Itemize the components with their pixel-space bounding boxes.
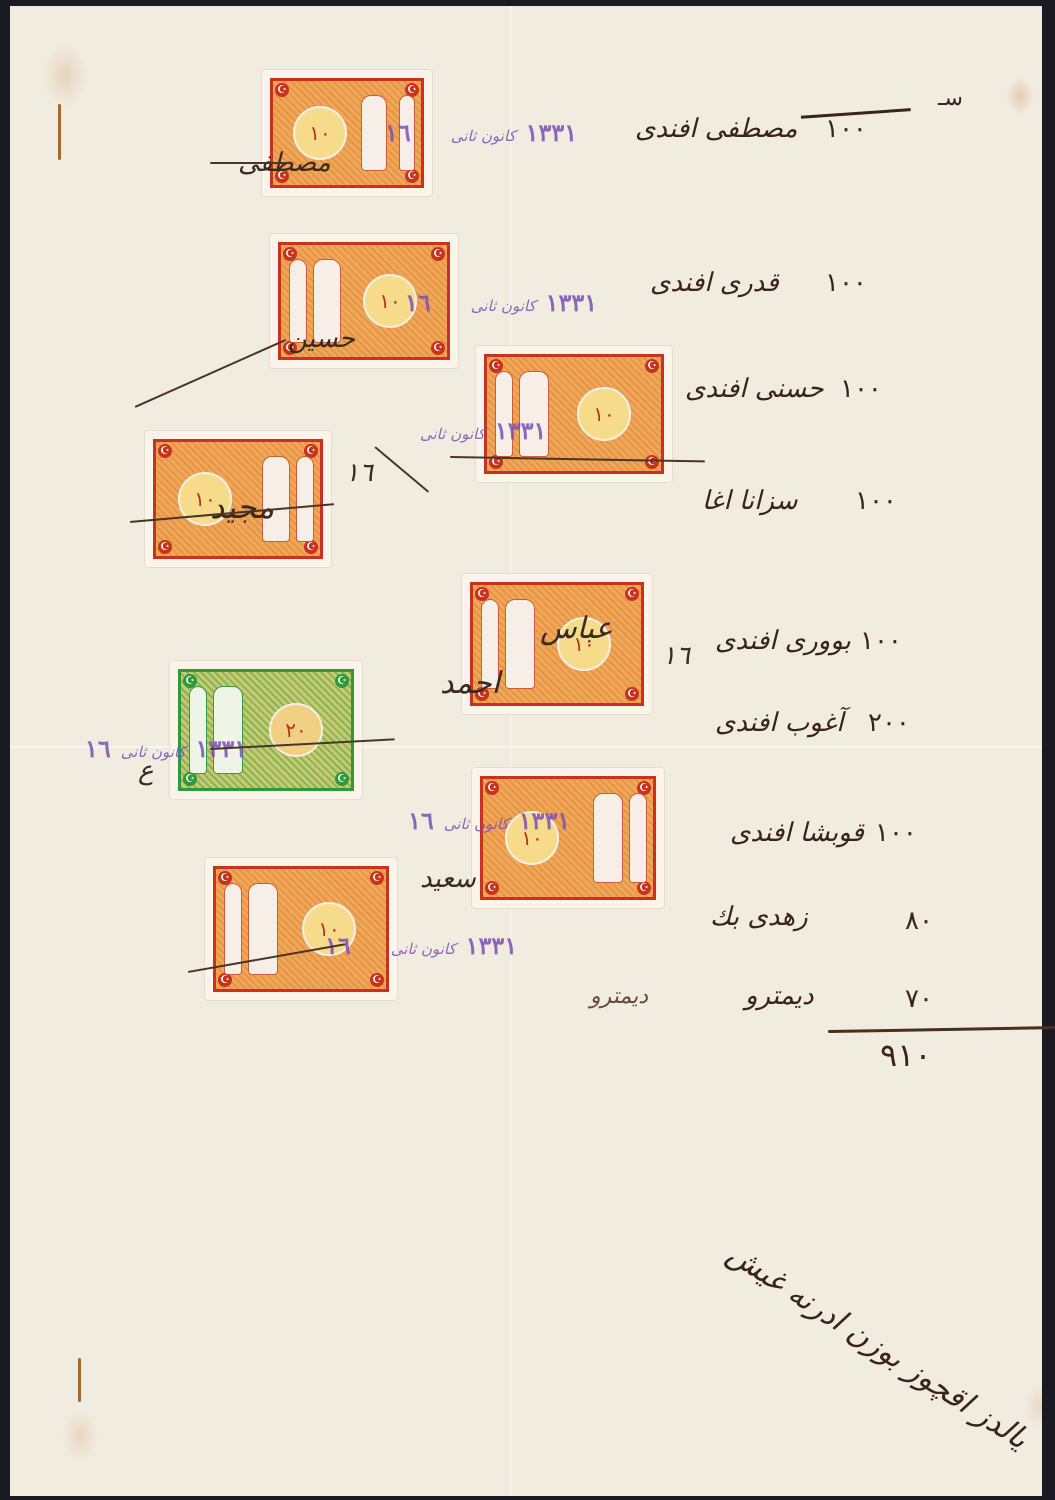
ditto-note: ديمترو: [590, 984, 648, 1009]
cancel-year: ١٣٣١: [519, 806, 571, 835]
entry-name: بوورى افندى: [715, 626, 851, 656]
entry-amount: ٢٠٠: [868, 708, 910, 738]
denomination: ١٠: [309, 121, 330, 145]
crescent-icon: ☪: [335, 772, 349, 786]
document-page: سـ ١٠٠ مصطفى افندى ١٠٠ قدرى افندى ١٠٠ حس…: [10, 6, 1042, 1496]
handwritten-mark: ١٦: [345, 458, 373, 488]
entry-name: سزانا اغا: [702, 486, 798, 516]
cancel-day: ١٦: [405, 288, 431, 317]
crescent-icon: ☪: [158, 444, 172, 458]
text-panel: [629, 793, 647, 883]
crescent-icon: ☪: [485, 781, 499, 795]
handwritten-signature: مجيد: [210, 488, 274, 526]
crescent-icon: ☪: [405, 169, 419, 183]
crescent-icon: ☪: [370, 973, 384, 987]
entry-name: ديمترو: [745, 981, 814, 1011]
cancellation-date-stamp: ١٣٣١كانون ثانى١٦: [325, 931, 517, 960]
denomination: ١٠: [379, 289, 400, 313]
cancel-year: ١٣٣١: [495, 416, 547, 445]
crescent-icon: ☪: [218, 973, 232, 987]
crescent-icon: ☪: [431, 247, 445, 261]
entry-name: آغوب افندى: [715, 708, 844, 738]
entry-amount: ١٠٠: [825, 268, 867, 298]
cancel-month: كانون ثانى: [391, 940, 456, 958]
crescent-icon: ☪: [637, 881, 651, 895]
cancel-day: ١٦: [385, 118, 411, 147]
crescent-icon: ☪: [431, 341, 445, 355]
crescent-icon: ☪: [304, 540, 318, 554]
fold-crease: [510, 6, 512, 1496]
revenue-stamp-green: ☪ ☪ ☪ ☪ ٢٠: [170, 661, 362, 799]
handwritten-signature: حسين: [288, 324, 355, 354]
cancel-year: ١٣٣١: [526, 118, 578, 147]
crescent-icon: ☪: [335, 674, 349, 688]
cancel-year: ١٣٣١: [546, 288, 598, 317]
tughra-medallion: ٢٠: [269, 703, 323, 757]
cancellation-date-stamp: ١٣٣١كانون ثانى١٦: [408, 806, 570, 835]
entry-amount: ١٠٠: [860, 626, 902, 656]
entry-name: زهدى بك: [710, 902, 808, 932]
revenue-stamp: ☪ ☪ ☪ ☪ ١٠: [472, 768, 664, 908]
signature: يالدز اقچوز بوزن ادرنه غيش: [721, 1236, 1034, 1457]
entry-amount: ١٠٠: [875, 818, 917, 848]
entry-name: مصطفى افندى: [635, 114, 797, 144]
pen-stroke: [135, 339, 287, 408]
cancel-day: ١٦: [85, 734, 111, 763]
revenue-stamp: ☪ ☪ ☪ ☪ ١٠: [205, 858, 397, 1000]
cancel-month: كانون ثانى: [444, 815, 509, 833]
pen-stroke: [374, 446, 429, 493]
handwritten-signature: سعيد: [420, 864, 476, 894]
text-panel: [505, 599, 535, 689]
entry-amount: ٨٠: [905, 906, 933, 936]
pen-stroke: [210, 162, 290, 164]
handwritten-mark: احمد: [440, 666, 500, 701]
cancel-month: كانون ثانى: [471, 297, 536, 315]
rust-mark: [78, 1358, 81, 1402]
entry-name: قوبشا افندى: [730, 818, 864, 848]
entry-name: قدرى افندى: [650, 268, 779, 298]
total-amount: ٩١٠: [880, 1036, 932, 1074]
crescent-icon: ☪: [183, 772, 197, 786]
crescent-icon: ☪: [645, 359, 659, 373]
crescent-icon: ☪: [370, 871, 384, 885]
cancel-month: كانون ثانى: [451, 127, 516, 145]
denomination: ٢٠: [285, 718, 306, 742]
cancel-day: ١٦: [408, 806, 434, 835]
handwritten-signature: عباس: [540, 611, 613, 646]
cancel-month: كانون ثانى: [420, 425, 485, 443]
revenue-stamp: ☪ ☪ ☪ ☪ ١٠: [476, 346, 672, 482]
denomination: ١٠: [593, 402, 614, 426]
total-rule: [828, 1026, 1055, 1033]
crescent-icon: ☪: [645, 455, 659, 469]
entry-amount: ١٠٠: [825, 114, 867, 144]
cancel-year: ١٣٣١: [466, 931, 518, 960]
handwritten-signature: ع: [138, 756, 154, 786]
tughra-medallion: ١٠: [577, 387, 631, 441]
crescent-icon: ☪: [625, 687, 639, 701]
cancellation-date-stamp: ١٣٣١كانون ثانى: [410, 416, 546, 445]
cancellation-date-stamp: ١٣٣١كانون ثانى١٦: [385, 118, 577, 147]
handwritten-mark: ١٦: [662, 641, 690, 671]
crescent-icon: ☪: [485, 881, 499, 895]
crescent-icon: ☪: [158, 540, 172, 554]
entry-amount: ١٠٠: [855, 486, 897, 516]
crescent-icon: ☪: [625, 587, 639, 601]
header-mark: سـ: [938, 86, 963, 111]
rust-mark: [58, 104, 61, 160]
entry-amount: ٧٠: [905, 984, 933, 1014]
text-panel: [361, 95, 387, 171]
cancellation-date-stamp: ١٣٣١كانون ثانى١٦: [405, 288, 597, 317]
crescent-icon: ☪: [275, 83, 289, 97]
entry-amount: ١٠٠: [840, 374, 882, 404]
text-panel: [296, 456, 314, 542]
text-panel: [593, 793, 623, 883]
entry-name: حسنى افندى: [685, 374, 824, 404]
